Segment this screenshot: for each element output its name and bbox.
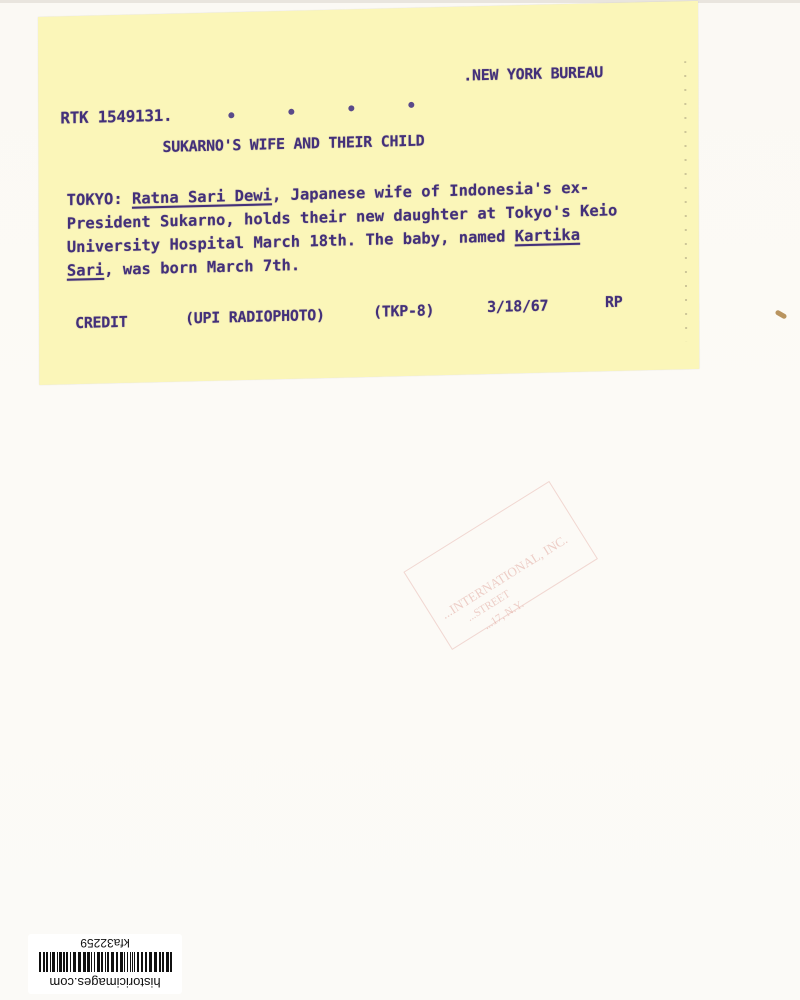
underlined-name: Kartika	[515, 226, 580, 246]
credit-code: (TKP-8)	[373, 301, 434, 320]
underlined-name: Sari	[67, 261, 104, 280]
caption-text: , was born March 7th.	[104, 256, 300, 279]
reference-number: RTK 1549131.	[60, 106, 172, 128]
caption-date: 3/18/67	[487, 297, 548, 316]
dot-icon	[288, 109, 294, 115]
barcode-code: kfa32259	[28, 936, 182, 950]
dot-icon	[408, 102, 414, 108]
credit-row: CREDIT (UPI RADIOPHOTO) (TKP-8) 3/18/67 …	[75, 293, 675, 308]
barcode-label: historicimages.com kfa32259	[28, 934, 182, 994]
barcode-icon	[38, 952, 172, 972]
caption-body: TOKYO: Ratna Sari Dewi, Japanese wife of…	[67, 174, 667, 289]
caption-headline: SUKARNO'S WIFE AND THEIR CHILD	[162, 132, 424, 156]
bureau-label: .NEW YORK BUREAU	[463, 63, 603, 84]
dot-icon	[228, 112, 234, 118]
dot-icon	[348, 105, 354, 111]
caption-slip: .NEW YORK BUREAU RTK 1549131. SUKARNO'S …	[38, 1, 699, 385]
credit-label: CREDIT	[75, 313, 127, 332]
underlined-name: Ratna Sari Dewi	[132, 186, 272, 207]
barcode-site: historicimages.com	[28, 975, 182, 990]
caption-initials: RP	[605, 293, 623, 311]
credit-source: (UPI RADIOPHOTO)	[185, 306, 325, 327]
caption-text: TOKYO:	[67, 190, 132, 210]
perforation-edge	[684, 61, 687, 341]
